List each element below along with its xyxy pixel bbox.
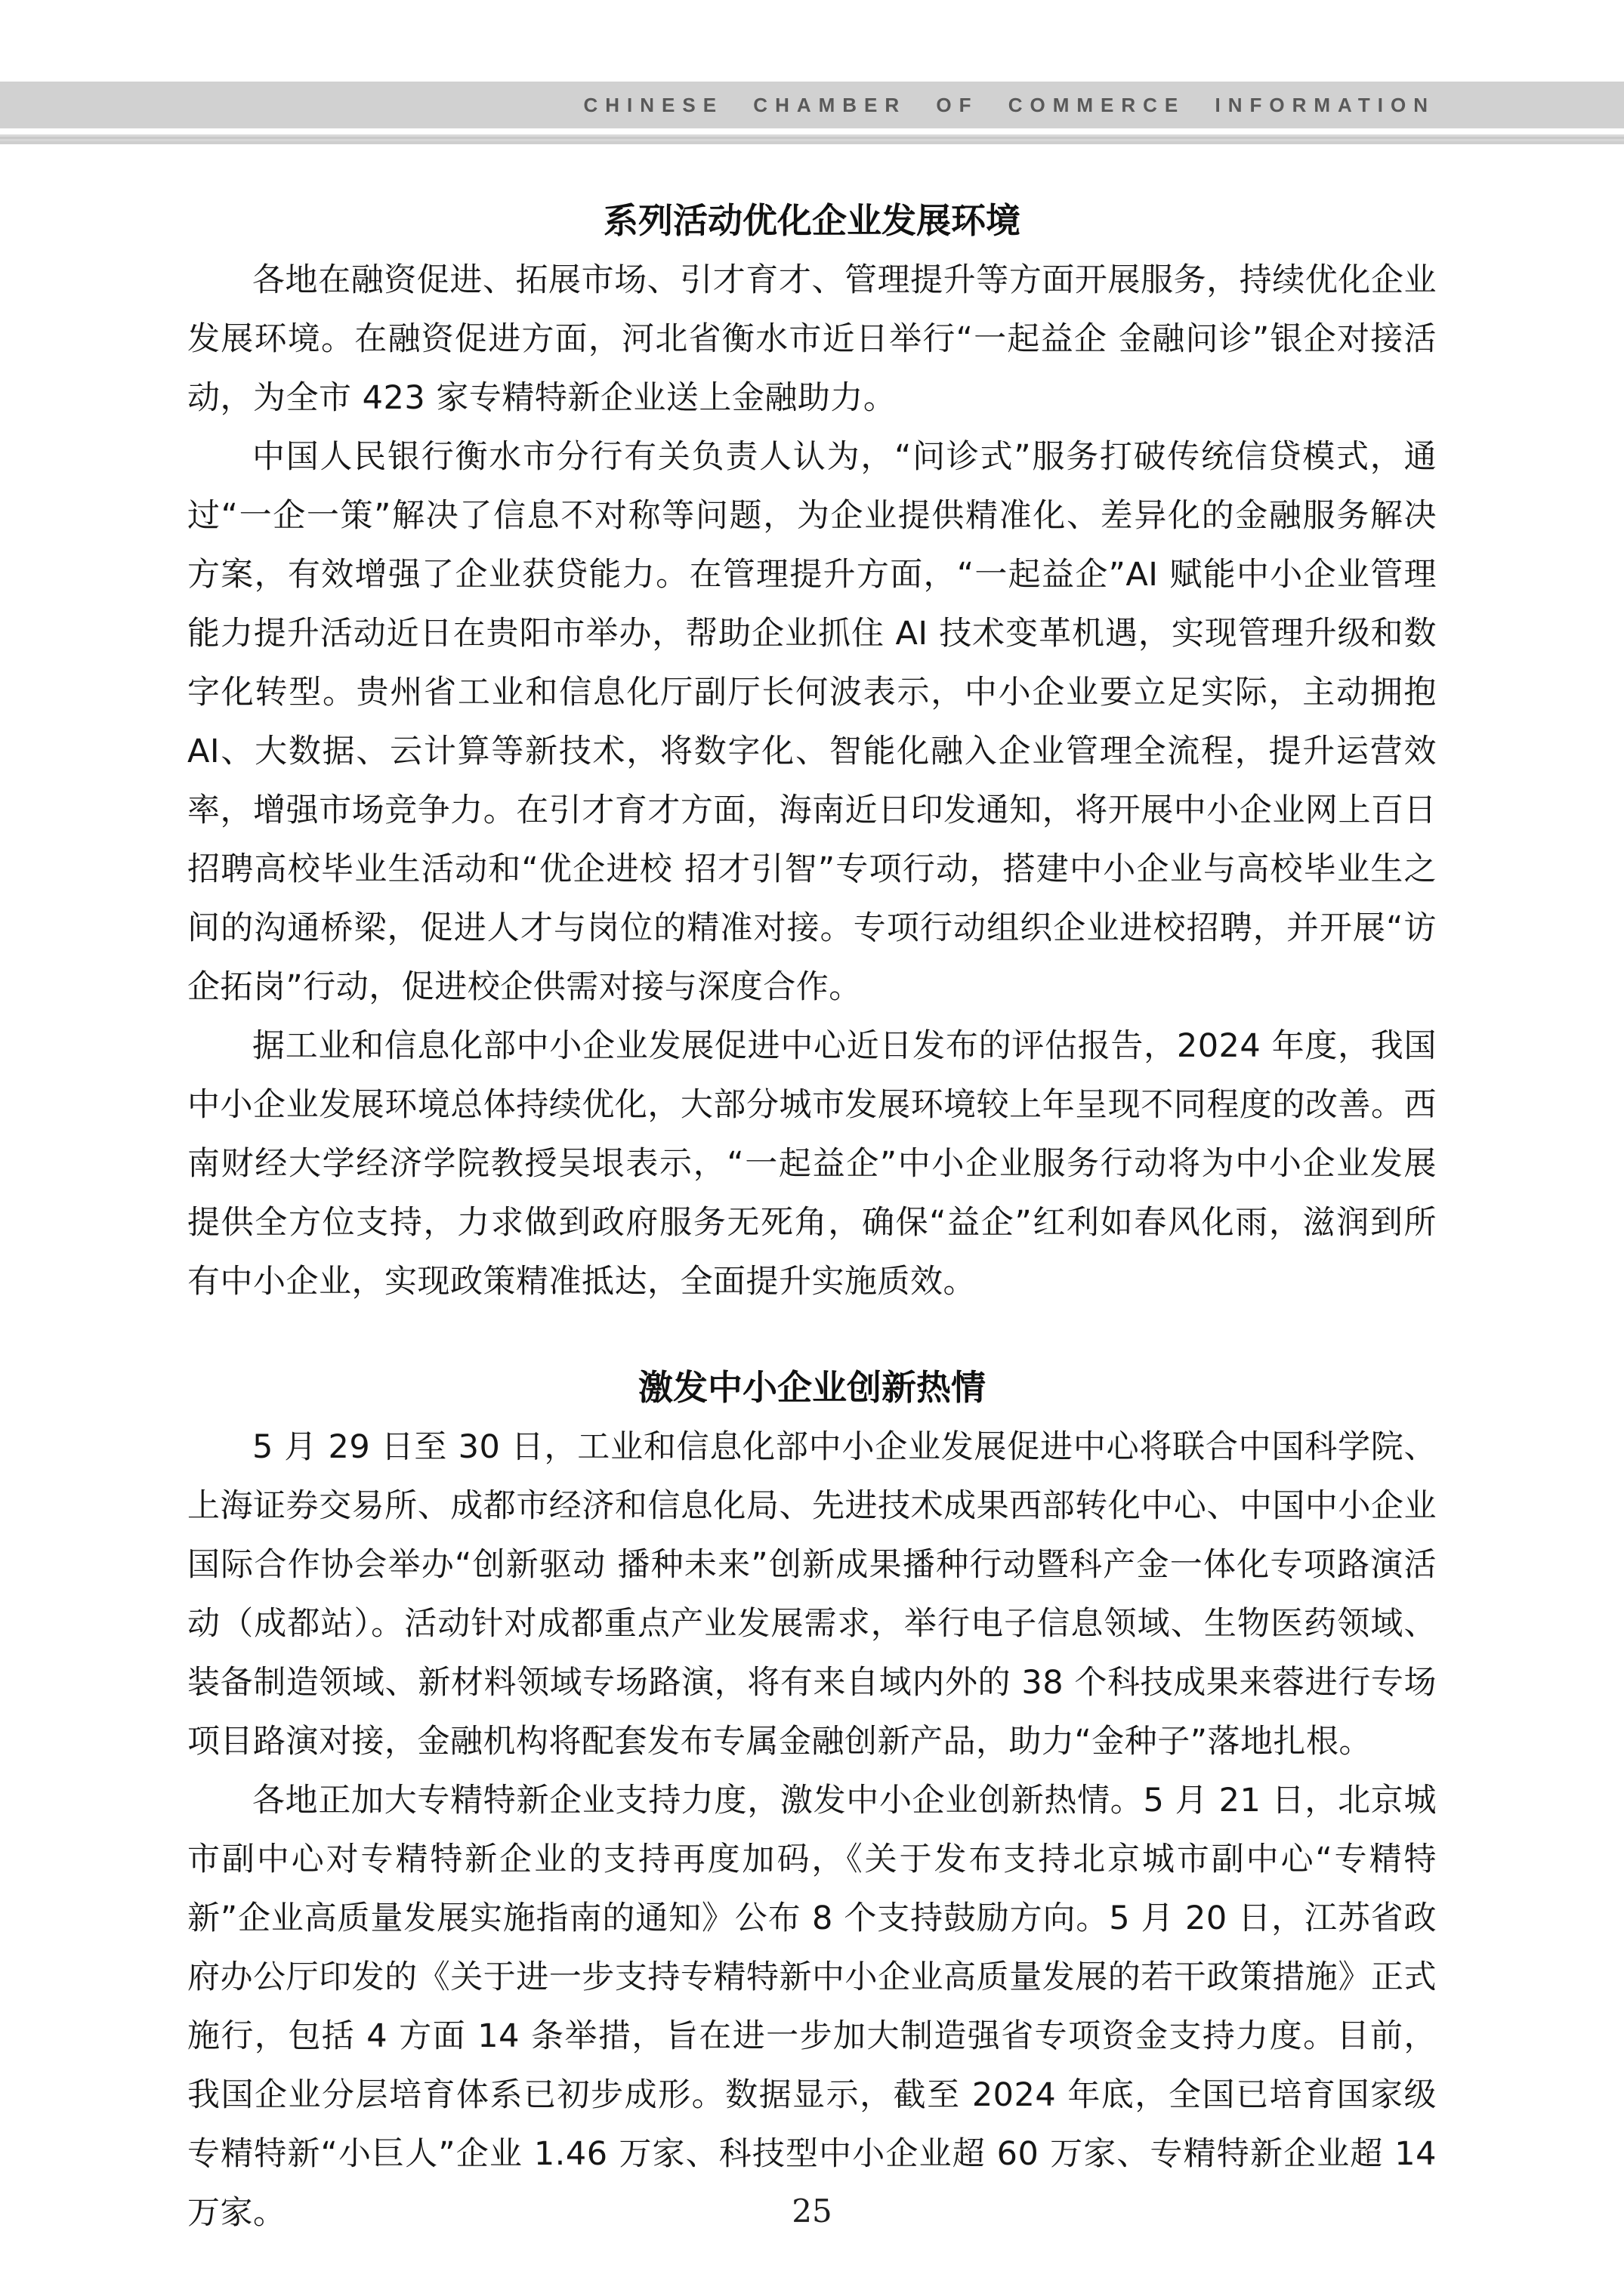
- masthead-text: CHINESE CHAMBER OF COMMERCE INFORMATION: [583, 82, 1435, 128]
- paragraph: 5 月 29 日至 30 日，工业和信息化部中小企业发展促进中心将联合中国科学院…: [187, 1418, 1437, 1771]
- document-page: CHINESE CHAMBER OF COMMERCE INFORMATION …: [0, 0, 1624, 2293]
- paragraph: 各地在融资促进、拓展市场、引才育才、管理提升等方面开展服务，持续优化企业发展环境…: [187, 251, 1437, 427]
- paragraph: 据工业和信息化部中小企业发展促进中心近日发布的评估报告，2024 年度，我国中小…: [187, 1017, 1437, 1311]
- section-heading-1: 系列活动优化企业发展环境: [187, 198, 1437, 243]
- page-number: 25: [0, 2190, 1624, 2233]
- header-rule: [0, 134, 1624, 144]
- paragraph: 中国人民银行衡水市分行有关负责人认为，“问诊式”服务打破传统信贷模式，通过“一企…: [187, 427, 1437, 1017]
- header-band: CHINESE CHAMBER OF COMMERCE INFORMATION: [0, 82, 1624, 128]
- section-heading-2: 激发中小企业创新热情: [187, 1365, 1437, 1410]
- paragraph: 各地正加大专精特新企业支持力度，激发中小企业创新热情。5 月 21 日，北京城市…: [187, 1771, 1437, 2242]
- article-body: 系列活动优化企业发展环境 各地在融资促进、拓展市场、引才育才、管理提升等方面开展…: [187, 181, 1437, 2242]
